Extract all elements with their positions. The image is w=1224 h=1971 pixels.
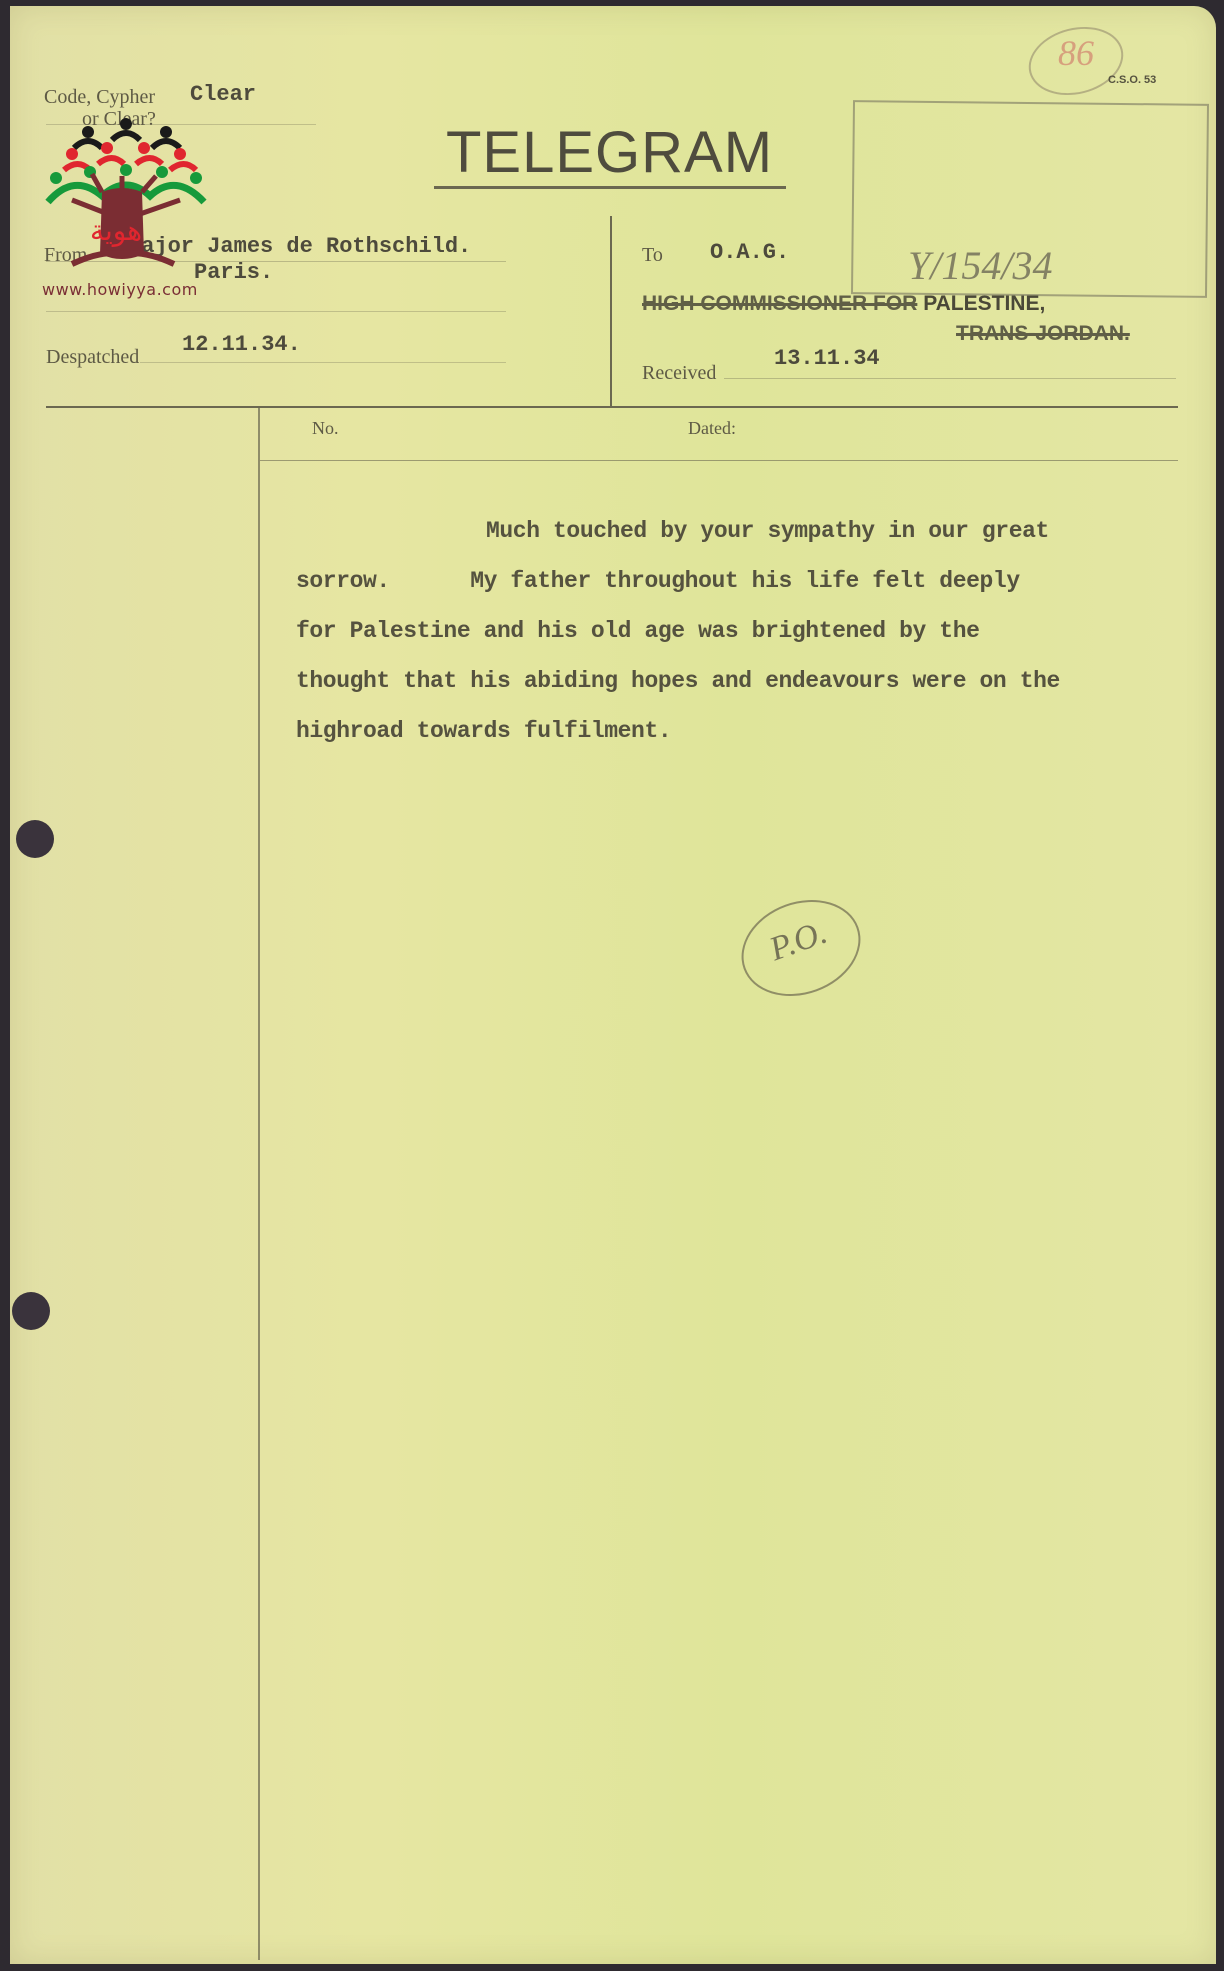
form-code: C.S.O. 53 — [1108, 74, 1156, 86]
despatched-value: 12.11.34. — [182, 332, 301, 357]
stamp-line3 — [855, 114, 1207, 118]
stamp-line2 — [855, 114, 1207, 118]
code-label-line1: Code, Cypher — [44, 86, 155, 109]
reference-row-rule — [260, 460, 1178, 461]
dated-label: Dated: — [688, 418, 736, 439]
telegram-sheet: 86 C.S.O. 53 Code, Cypher or Clear? Clea… — [10, 6, 1216, 1964]
to-value: O.A.G. — [710, 240, 789, 265]
message-line-5: highroad towards fulfilment. — [296, 718, 671, 744]
received-label: Received — [642, 362, 716, 385]
message-line-1: Much touched by your sympathy in our gre… — [486, 518, 1049, 544]
punch-hole-top — [16, 820, 54, 858]
telegram-title: TELEGRAM — [446, 124, 773, 182]
title-underline — [434, 186, 786, 189]
addressee-line2: TRANS-JORDAN. — [956, 322, 1130, 346]
tree-people-logo-icon: هوية — [32, 114, 212, 274]
addressee-line1-rest: PALESTINE, — [923, 292, 1045, 315]
message-line-3: for Palestine and his old age was bright… — [296, 618, 980, 644]
file-reference: Y/154/34 — [908, 242, 1052, 289]
folio-number: 86 — [1058, 32, 1094, 74]
code-value: Clear — [190, 82, 256, 107]
howiyya-watermark: هوية www.howiyya.com — [32, 114, 222, 314]
header-vertical-divider — [610, 216, 612, 406]
header-bottom-rule — [46, 406, 1178, 408]
stamp-date — [890, 115, 1172, 118]
howiyya-url[interactable]: www.howiyya.com — [42, 280, 198, 299]
despatched-label: Despatched — [46, 346, 139, 369]
no-label: No. — [312, 418, 339, 439]
stamp-line1 — [855, 114, 1207, 118]
despatched-underline — [140, 362, 506, 363]
initials-annotation: P.O. — [728, 884, 874, 1012]
punch-hole-bottom — [12, 1292, 50, 1330]
message-line-4: thought that his abiding hopes and endea… — [296, 668, 1060, 694]
addressee-line1: HIGH COMMISSIONER FOR PALESTINE, — [642, 292, 1045, 316]
received-value: 13.11.34 — [774, 346, 880, 371]
to-label: To — [642, 244, 663, 267]
margin-vertical-line — [258, 408, 260, 1960]
received-underline — [724, 378, 1176, 379]
addressee-struck: HIGH COMMISSIONER FOR — [642, 292, 917, 315]
svg-text:هوية: هوية — [90, 214, 142, 247]
message-line-2: sorrow. My father throughout his life fe… — [296, 568, 1020, 594]
